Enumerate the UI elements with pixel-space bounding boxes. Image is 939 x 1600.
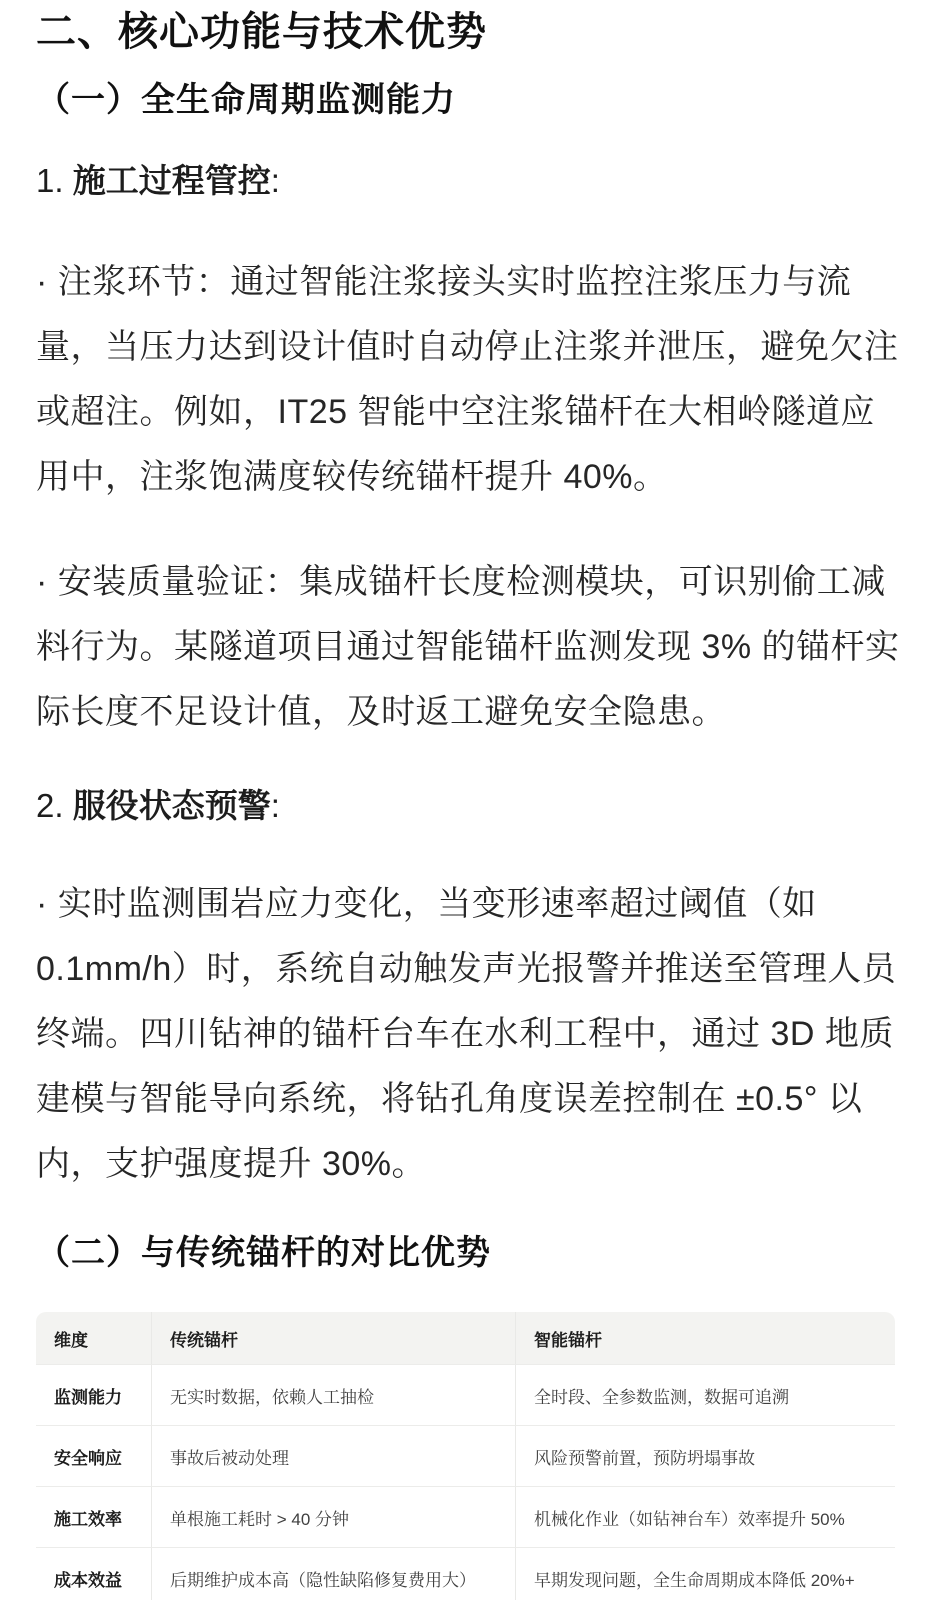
table-cell-dimension: 安全响应 <box>36 1425 151 1486</box>
bullet-paragraph-grouting: · 注浆环节：通过智能注浆接头实时监控注浆压力与流量，当压力达到设计值时自动停止… <box>36 250 903 510</box>
item-number: 1. <box>36 162 73 199</box>
table-cell-smart: 全时段、全参数监测，数据可追溯 <box>515 1364 895 1425</box>
table-cell-traditional: 无实时数据，依赖人工抽检 <box>151 1364 515 1425</box>
subsection-title-comparison: （二）与传统锚杆的对比优势 <box>36 1231 903 1275</box>
table-row-safety: 安全响应 事故后被动处理 风险预警前置，预防坍塌事故 <box>36 1425 895 1486</box>
table-cell-traditional: 单根施工耗时 > 40 分钟 <box>151 1486 515 1547</box>
document-page: 二、核心功能与技术优势 （一）全生命周期监测能力 1. 施工过程管控: · 注浆… <box>0 0 939 1600</box>
table-cell-dimension: 成本效益 <box>36 1547 151 1600</box>
comparison-table-container: 维度 传统锚杆 智能锚杆 监测能力 无实时数据，依赖人工抽检 全时段、全参数监测… <box>36 1312 895 1600</box>
subsection-title-lifecycle: （一）全生命周期监测能力 <box>36 78 903 122</box>
table-header-smart: 智能锚杆 <box>515 1312 895 1364</box>
table-header-dimension: 维度 <box>36 1312 151 1364</box>
table-header-traditional: 传统锚杆 <box>151 1312 515 1364</box>
comparison-table: 维度 传统锚杆 智能锚杆 监测能力 无实时数据，依赖人工抽检 全时段、全参数监测… <box>36 1312 895 1600</box>
table-cell-smart: 风险预警前置，预防坍塌事故 <box>515 1425 895 1486</box>
table-cell-smart: 早期发现问题，全生命周期成本降低 20%+ <box>515 1547 895 1600</box>
table-cell-smart: 机械化作业（如钻神台车）效率提升 50% <box>515 1486 895 1547</box>
item-number: 2. <box>36 787 73 824</box>
table-row-efficiency: 施工效率 单根施工耗时 > 40 分钟 机械化作业（如钻神台车）效率提升 50% <box>36 1486 895 1547</box>
table-cell-traditional: 后期维护成本高（隐性缺陷修复费用大） <box>151 1547 515 1600</box>
item-colon: : <box>271 162 280 199</box>
numbered-item-service-warning: 2. 服役状态预警: <box>36 783 903 829</box>
table-header-row: 维度 传统锚杆 智能锚杆 <box>36 1312 895 1364</box>
section-title: 二、核心功能与技术优势 <box>36 6 903 58</box>
table-cell-dimension: 施工效率 <box>36 1486 151 1547</box>
table-cell-traditional: 事故后被动处理 <box>151 1425 515 1486</box>
table-row-monitoring: 监测能力 无实时数据，依赖人工抽检 全时段、全参数监测，数据可追溯 <box>36 1364 895 1425</box>
item-label: 服役状态预警 <box>73 787 271 824</box>
item-colon: : <box>271 787 280 824</box>
table-row-cost: 成本效益 后期维护成本高（隐性缺陷修复费用大） 早期发现问题，全生命周期成本降低… <box>36 1547 895 1600</box>
table-cell-dimension: 监测能力 <box>36 1364 151 1425</box>
numbered-item-construction-control: 1. 施工过程管控: <box>36 158 903 204</box>
item-label: 施工过程管控 <box>73 162 271 199</box>
bullet-paragraph-installation-quality: · 安装质量验证：集成锚杆长度检测模块，可识别偷工减料行为。某隧道项目通过智能锚… <box>36 550 903 745</box>
bullet-paragraph-realtime-monitoring: · 实时监测围岩应力变化，当变形速率超过阈值（如 0.1mm/h）时，系统自动触… <box>36 872 903 1197</box>
